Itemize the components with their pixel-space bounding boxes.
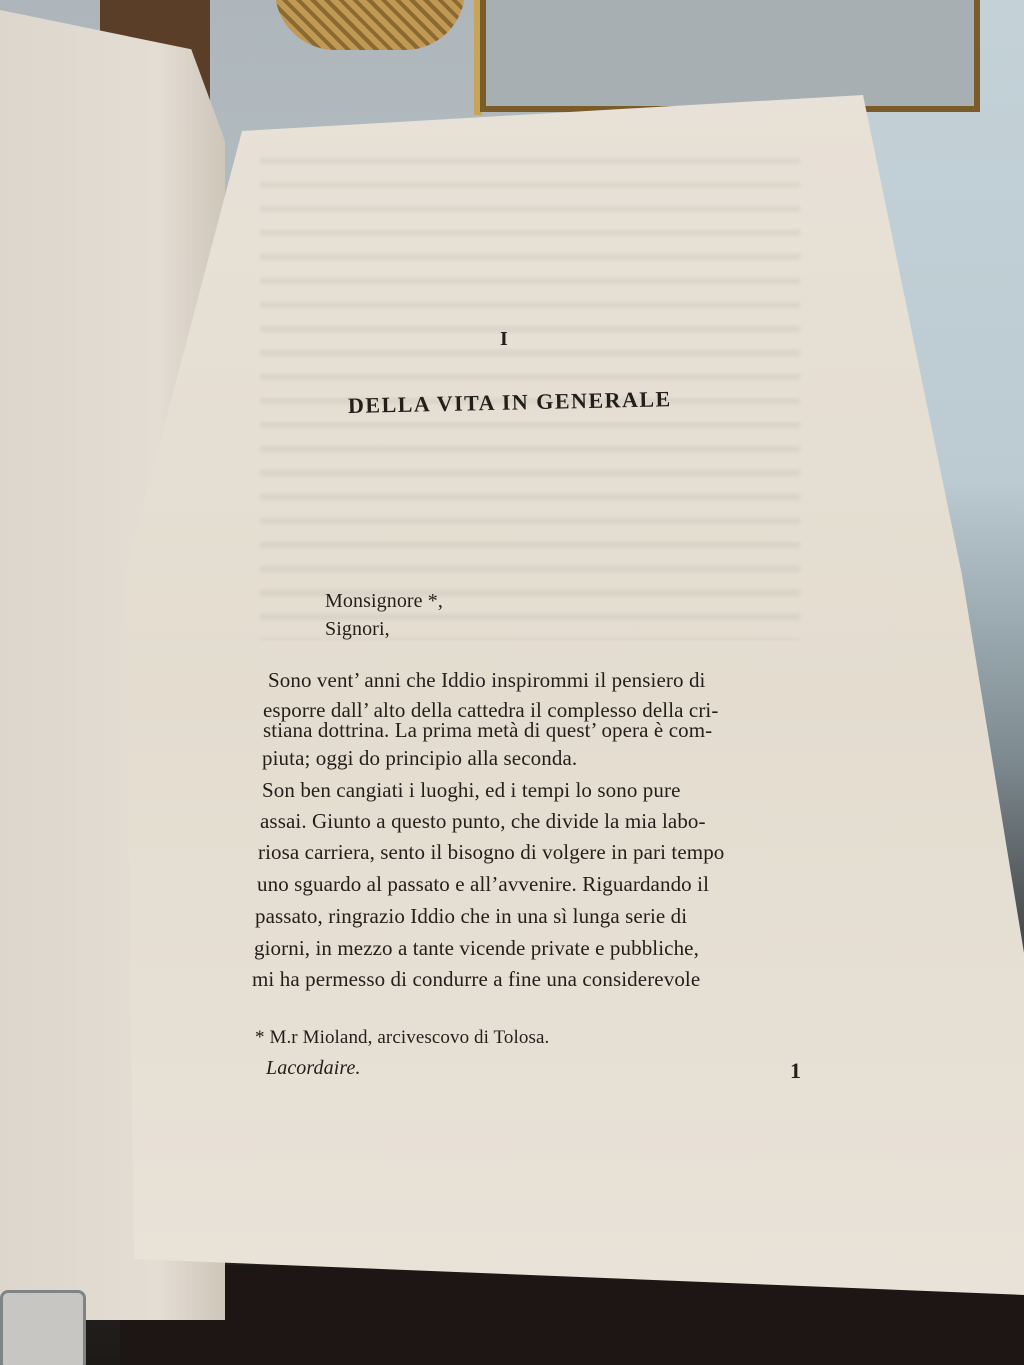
body-line: stiana dottrina. La prima metà di quest’… <box>263 718 853 743</box>
salutation-line: Signori, <box>325 618 390 641</box>
footnote: * M.r Mioland, arcivescovo di Tolosa. <box>255 1027 549 1049</box>
page-number: 1 <box>790 1058 801 1084</box>
body-line: Sono vent’ anni che Iddio inspirommi il … <box>268 668 858 693</box>
salutation-line: Monsignore *, <box>325 590 443 613</box>
glass-frame-box <box>480 0 980 112</box>
chapter-numeral: I <box>500 328 508 351</box>
body-line: mi ha permesso di condurre a fine una co… <box>252 967 842 992</box>
body-line: piuta; oggi do principio alla seconda. <box>262 746 852 771</box>
body-line: passato, ringrazio Iddio che in una sì l… <box>255 904 845 929</box>
body-line: giorni, in mezzo a tante vicende private… <box>254 936 844 961</box>
running-footer: Lacordaire. <box>266 1057 361 1080</box>
tape-measure <box>0 1290 86 1365</box>
body-line: uno sguardo al passato e all’avvenire. R… <box>257 872 847 897</box>
body-line: Son ben cangiati i luoghi, ed i tempi lo… <box>262 778 852 803</box>
body-line: riosa carriera, sento il bisogno di volg… <box>258 840 848 865</box>
body-line: assai. Giunto a questo punto, che divide… <box>260 809 850 834</box>
